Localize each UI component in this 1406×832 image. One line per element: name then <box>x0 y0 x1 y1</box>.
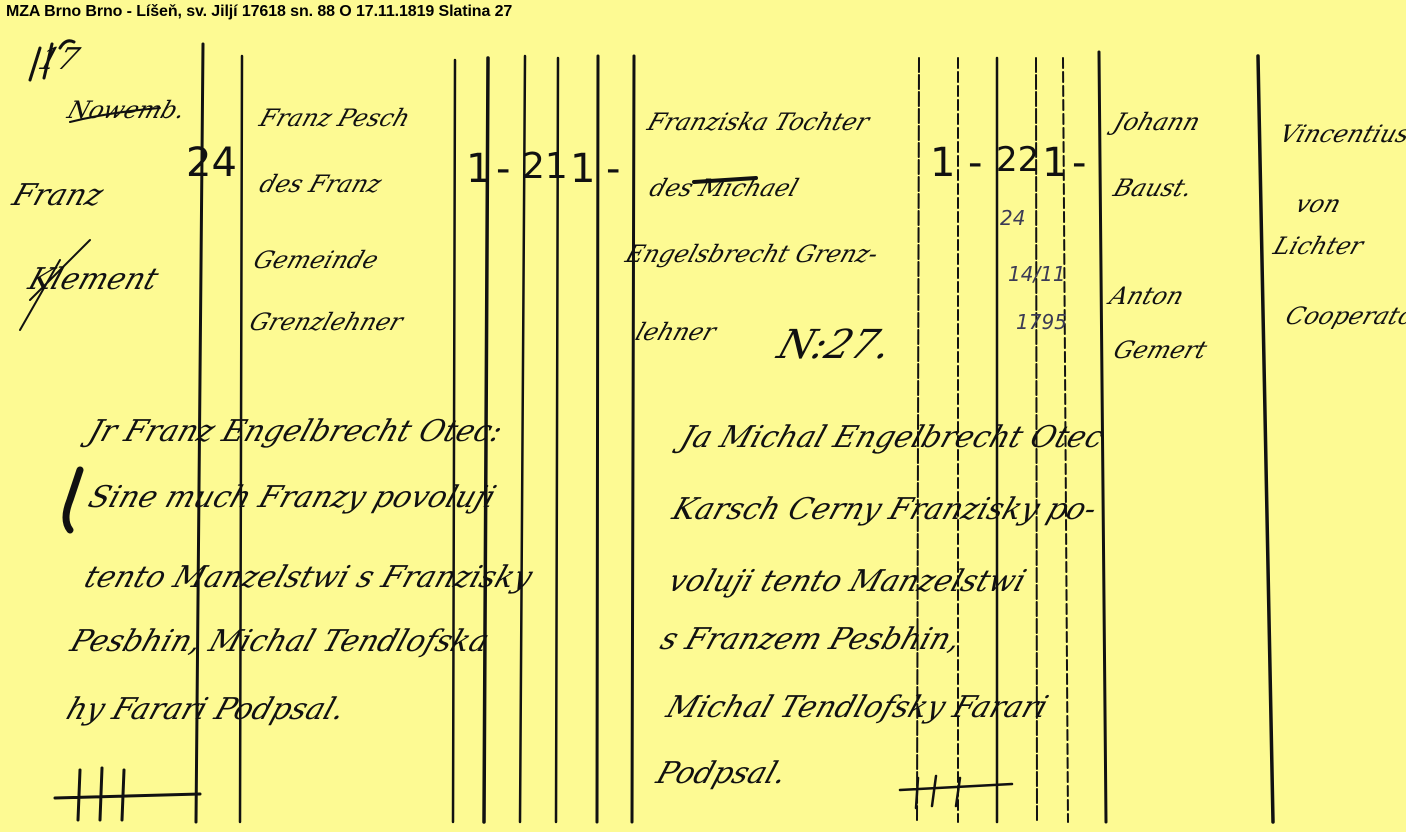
consent-left-line-1: Jr Franz Engelbrecht Otec: <box>84 414 507 449</box>
witness-line-3: Anton <box>1106 282 1187 310</box>
consent-left-line-3: tento Manzelstwi s Franzisky <box>80 560 537 595</box>
bride-line-3: Engelsbrecht Grenz- <box>622 240 882 268</box>
witness-line-2: Baust. <box>1110 174 1196 202</box>
bride-other: - <box>968 140 982 186</box>
groom-line-4: Grenzlehner <box>246 308 407 336</box>
pencil-note-year: 1795 <box>1016 310 1067 334</box>
consent-right-line-3: voluji tento Manzelstwi <box>664 564 1030 599</box>
groom-age: 21 <box>522 146 568 187</box>
consent-left-line-5: hy Farari Podpsal. <box>62 692 349 727</box>
bride-age: 22 <box>996 140 1039 180</box>
consent-right-line-1: Ja Michal Engelbrecht Otec <box>676 420 1108 455</box>
groom-single: 1 <box>570 146 595 192</box>
date-line-3: Klement <box>24 262 163 297</box>
consent-right-line-6: Podpsal. <box>652 756 791 791</box>
groom-line-1: Franz Pesch <box>256 104 414 132</box>
priest-line-4: Cooperator <box>1282 302 1406 330</box>
groom-line-2: des Franz <box>256 170 385 198</box>
priest-line-1: Vincentius <box>1276 120 1406 148</box>
witness-line-4: Gemert <box>1110 336 1211 364</box>
marriage-month: Nowemb. <box>64 96 189 124</box>
pencil-note-day: 24 <box>1000 206 1025 230</box>
bride-line-2: des Michael <box>646 174 802 202</box>
pencil-note-month: 14/11 <box>1008 262 1066 286</box>
bride-catholic: 1 <box>930 140 955 186</box>
bride-house-number: N:27. <box>772 322 898 368</box>
bride-line-4: lehner <box>632 318 720 346</box>
groom-catholic: 1 <box>466 146 491 192</box>
groom-line-3: Gemeinde <box>250 246 382 274</box>
consent-right-line-4: s Franzem Pesbhin, <box>656 622 965 657</box>
bride-single: 1 <box>1042 140 1067 186</box>
consent-left-line-4: Pesbhin, Michal Tendlofska <box>66 624 494 659</box>
groom-other: - <box>496 146 510 192</box>
witness-line-1: Johann <box>1110 108 1204 136</box>
groom-widowed: - <box>606 146 620 192</box>
bride-line-1: Franziska Tochter <box>644 108 873 136</box>
priest-line-2: von <box>1292 190 1345 218</box>
consent-right-line-5: Michal Tendlofsky Farari <box>662 690 1052 725</box>
priest-line-3: Lichter <box>1270 232 1367 260</box>
consent-left-line-2: Sine much Franzy povoluji <box>84 480 500 515</box>
consent-right-line-2: Karsch Cerny Franzisky po- <box>668 492 1101 527</box>
date-line-2: Franz <box>8 178 108 213</box>
bride-widowed: - <box>1072 140 1086 186</box>
house-number: 24 <box>186 140 237 186</box>
